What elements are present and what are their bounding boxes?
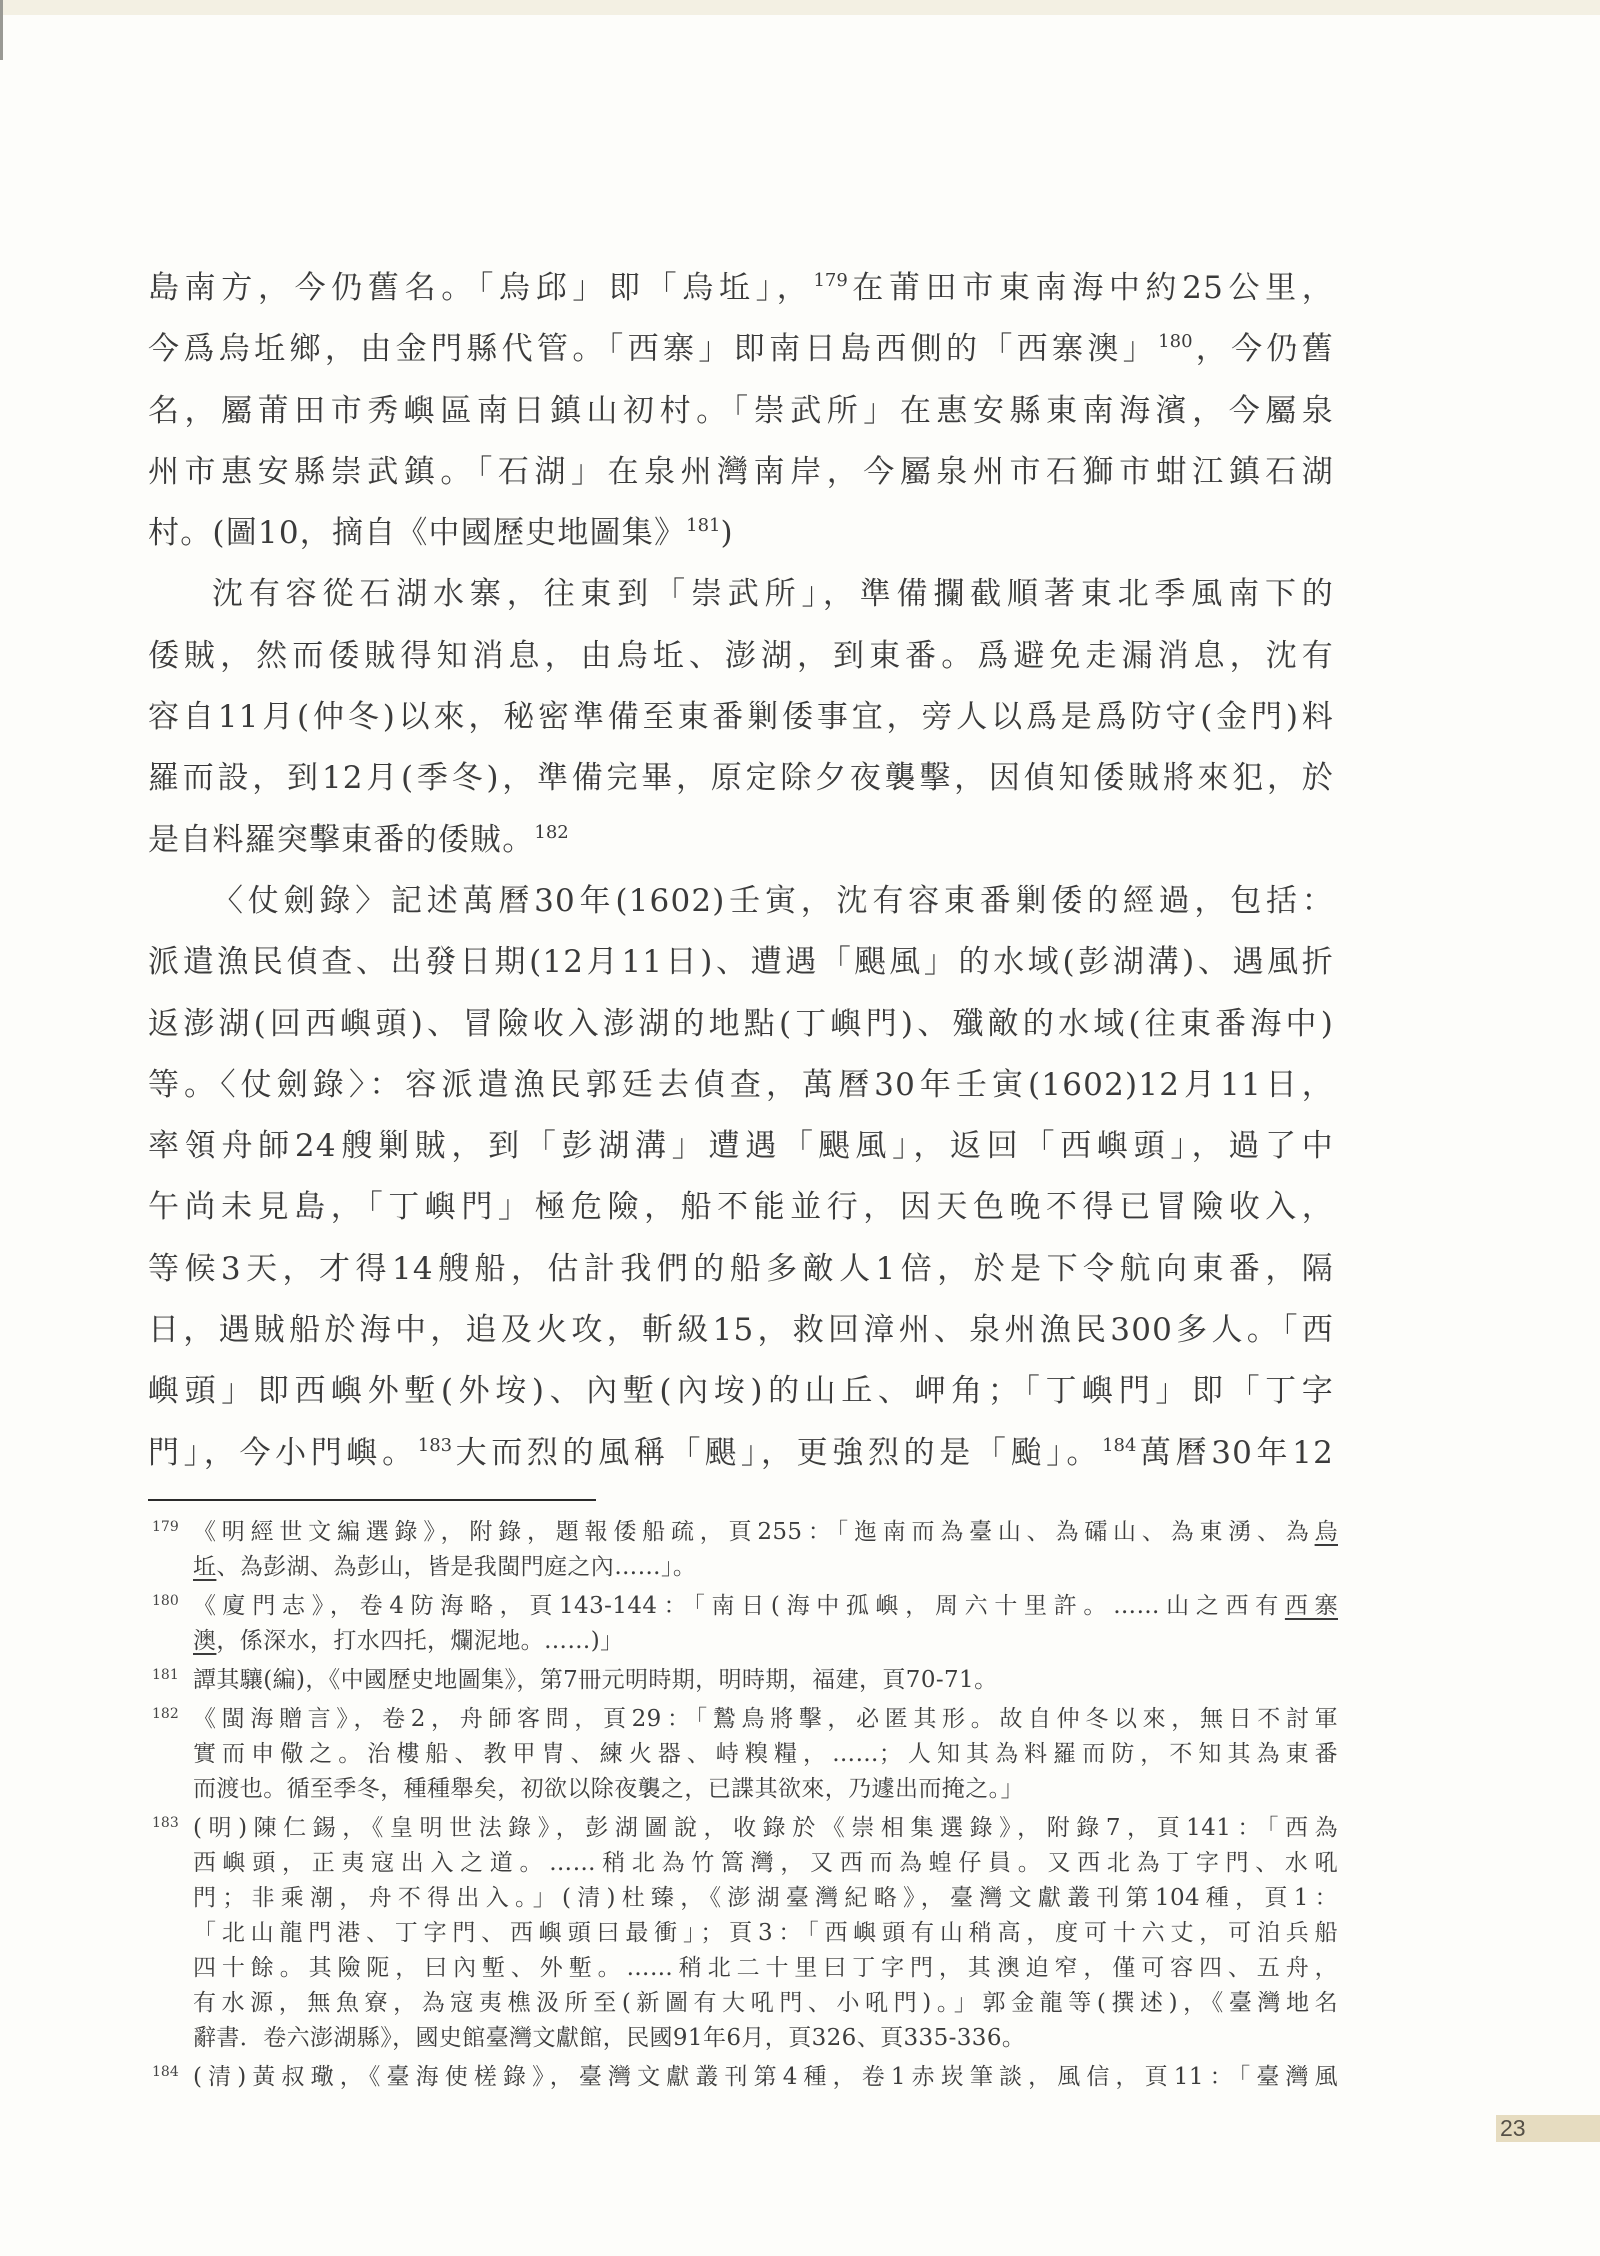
- body-line: 午尚未見島，「丁嶼門」極危險，船不能並行，因天色晚不得已冒險收入，: [148, 1177, 1334, 1238]
- footnote-ref-179[interactable]: 179: [813, 270, 847, 291]
- footnote-line: 辭書．卷六澎湖縣》，國史館臺灣文獻館，民國91年6月，頁326、頁335-336…: [193, 2021, 1338, 2056]
- footnote-line: 《明經世文編選錄》，附錄，題報倭船疏，頁255：「迤南而為臺山、為礵山、為東湧、…: [193, 1515, 1338, 1550]
- body-line: 返澎湖(回西嶼頭)、冒險收入澎湖的地點(丁嶼門)、殲敵的水域(往東番海中): [148, 994, 1334, 1055]
- footnote-line: 坵、為彭湖、為彭山，皆是我閩門庭之內……」。: [193, 1550, 1338, 1585]
- footnote-line: 門；非乘潮，舟不得出入。」(清)杜臻，《澎湖臺灣紀略》，臺灣文獻叢刊第104種，…: [193, 1881, 1338, 1916]
- footnote-ref-182[interactable]: 182: [534, 822, 568, 843]
- footnote-line: 實而申儆之。治樓船、教甲冑、練火器、峙糗糧，……；人知其為料羅而防，不知其為東番: [193, 1737, 1338, 1772]
- footnote-line: (清)黃叔璥，《臺海使槎錄》，臺灣文獻叢刊第4種，卷1赤崁筆談，風信，頁11：「…: [193, 2060, 1338, 2095]
- footnote-number: 181: [152, 1667, 179, 1683]
- text-run: 等。〈仗劍錄〉：容派遣漁民郭廷去偵查，萬曆30年壬寅(1602)12月11日，: [148, 1067, 1334, 1103]
- text-run: 是自料羅突擊東番的倭賊。: [148, 822, 534, 858]
- body-line: 倭賊，然而倭賊得知消息，由烏坵、澎湖，到東番。爲避免走漏消息，沈有: [148, 626, 1334, 687]
- text-run: (明)陳仁錫，《皇明世法錄》，彭湖圖說，收錄於《崇相集選錄》，附錄7，頁141：…: [193, 1815, 1338, 1841]
- body-line: 率領舟師24艘剿賊，到「彭湖溝」遭遇「颶風」，返回「西嶼頭」，過了中: [148, 1116, 1334, 1177]
- body-line: 等。〈仗劍錄〉：容派遣漁民郭廷去偵查，萬曆30年壬寅(1602)12月11日，: [148, 1055, 1334, 1116]
- text-run: 「北山龍門港、丁字門、西嶼頭曰最衝」；頁3：「西嶼頭有山稍高，度可十六丈，可泊兵…: [193, 1920, 1338, 1946]
- text-run: 大而烈的風稱「颶」，更強烈的是「颱」。: [452, 1435, 1102, 1471]
- footnote-184: 184 (清)黃叔璥，《臺海使槎錄》，臺灣文獻叢刊第4種，卷1赤崁筆談，風信，頁…: [148, 2060, 1338, 2095]
- body-text: 島南方，今仍舊名。「烏邱」即「烏坵」，179在莆田市東南海中約25公里， 今爲烏…: [148, 258, 1334, 1484]
- text-run: 西嶼頭，正夷寇出入之道。……稍北為竹篙灣，又西而為蝗仔員。又西北為丁字門、水吼: [193, 1850, 1338, 1876]
- footnote-ref-184[interactable]: 184: [1102, 1435, 1136, 1456]
- footnote-line: 《廈門志》，卷4防海略，頁143-144：「南日(海中孤嶼，周六十里許。……山之…: [193, 1589, 1338, 1624]
- text-run: 門；非乘潮，舟不得出入。」(清)杜臻，《澎湖臺灣紀略》，臺灣文獻叢刊第104種，…: [193, 1885, 1338, 1911]
- text-run: 嶼頭」即西嶼外塹(外垵)、內塹(內垵)的山丘、岬角；「丁嶼門」即「丁字: [148, 1373, 1334, 1409]
- footnote-line: 《閩海贈言》，卷2，舟師客問，頁29：「鷙鳥將擊，必匿其形。故自仲冬以來，無日不…: [193, 1702, 1338, 1737]
- text-run: 《明經世文編選錄》，附錄，題報倭船疏，頁255：「迤南而為臺山、為礵山、為東湧、…: [193, 1519, 1338, 1545]
- scan-edge: [0, 0, 3, 60]
- footnote-line: 而渡也。循至季冬，種種舉矣，初欲以除夜襲之，已諜其欲來，乃遽出而掩之。」: [193, 1772, 1338, 1807]
- text-run: 〈仗劍錄〉記述萬曆30年(1602)壬寅，沈有容東番剿倭的經過，包括：: [212, 883, 1334, 919]
- text-run: 在莆田市東南海中約25公里，: [848, 270, 1334, 306]
- body-line: 門」，今小門嶼。183大而烈的風稱「颶」，更強烈的是「颱」。184萬曆30年12: [148, 1423, 1334, 1484]
- body-line: 島南方，今仍舊名。「烏邱」即「烏坵」，179在莆田市東南海中約25公里，: [148, 258, 1334, 319]
- page-top-band: [0, 0, 1600, 15]
- body-line: 今爲烏坵鄉，由金門縣代管。「西寨」即南日島西側的「西寨澳」180，今仍舊: [148, 319, 1334, 380]
- footnote-number: 184: [152, 2064, 179, 2080]
- body-line: 州市惠安縣崇武鎮。「石湖」在泉州灣南岸，今屬泉州市石獅市蚶江鎮石湖: [148, 442, 1334, 503]
- text-run: 坵、為彭湖、為彭山，皆是我閩門庭之內……」。: [193, 1554, 696, 1580]
- text-run: 返澎湖(回西嶼頭)、冒險收入澎湖的地點(丁嶼門)、殲敵的水域(往東番海中): [148, 1006, 1334, 1042]
- footnote-182: 182 《閩海贈言》，卷2，舟師客問，頁29：「鷙鳥將擊，必匿其形。故自仲冬以來…: [148, 1702, 1338, 1807]
- footnote-line: 有水源，無魚寮，為寇夷樵汲所至(新圖有大吼門、小吼門)。」郭金龍等(撰述)，《臺…: [193, 1986, 1338, 2021]
- page-number: 23: [1500, 2115, 1526, 2142]
- text-run: 實而申儆之。治樓船、教甲冑、練火器、峙糗糧，……；人知其為料羅而防，不知其為東番: [193, 1741, 1338, 1767]
- body-line: 派遣漁民偵查、出發日期(12月11日)、遭遇「颶風」的水域(彭湖溝)、遇風折: [148, 932, 1334, 993]
- text-run: 門」，今小門嶼。: [148, 1435, 418, 1471]
- footnote-ref-183[interactable]: 183: [418, 1435, 452, 1456]
- footnote-line: 「北山龍門港、丁字門、西嶼頭曰最衝」；頁3：「西嶼頭有山稍高，度可十六丈，可泊兵…: [193, 1916, 1338, 1951]
- text-run: 日，遇賊船於海中，追及火攻，斬級15，救回漳州、泉州漁民300多人。「西: [148, 1312, 1334, 1348]
- page-number-badge: 23: [1496, 2115, 1600, 2142]
- footnote-183: 183 (明)陳仁錫，《皇明世法錄》，彭湖圖說，收錄於《崇相集選錄》，附錄7，頁…: [148, 1811, 1338, 2056]
- body-line: 是自料羅突擊東番的倭賊。182: [148, 810, 1334, 871]
- footnote-ref-180[interactable]: 180: [1158, 331, 1192, 352]
- footnote-line: 西嶼頭，正夷寇出入之道。……稍北為竹篙灣，又西而為蝗仔員。又西北為丁字門、水吼: [193, 1846, 1338, 1881]
- text-run: 沈有容從石湖水寨，往東到「崇武所」，準備攔截順著東北季風南下的: [212, 576, 1334, 612]
- footnote-line: (明)陳仁錫，《皇明世法錄》，彭湖圖說，收錄於《崇相集選錄》，附錄7，頁141：…: [193, 1811, 1338, 1846]
- footnote-ref-181[interactable]: 181: [686, 515, 720, 536]
- body-line: 羅而設，到12月(季冬)，準備完畢，原定除夕夜襲擊，因偵知倭賊將來犯，於: [148, 748, 1334, 809]
- paragraph-start: 〈仗劍錄〉記述萬曆30年(1602)壬寅，沈有容東番剿倭的經過，包括：: [148, 871, 1334, 932]
- footnote-number: 180: [152, 1593, 179, 1609]
- text-run: 派遣漁民偵查、出發日期(12月11日)、遭遇「颶風」的水域(彭湖溝)、遇風折: [148, 944, 1334, 980]
- footnote-number: 182: [152, 1706, 179, 1722]
- footnote-line: 澳，係深水，打水四托，爛泥地。……)」: [193, 1624, 1338, 1659]
- text-run: 而渡也。循至季冬，種種舉矣，初欲以除夜襲之，已諜其欲來，乃遽出而掩之。」: [193, 1776, 1024, 1802]
- text-run: 《廈門志》，卷4防海略，頁143-144：「南日(海中孤嶼，周六十里許。……山之…: [193, 1593, 1338, 1619]
- paragraph-start: 沈有容從石湖水寨，往東到「崇武所」，準備攔截順著東北季風南下的: [148, 564, 1334, 625]
- text-run: 村。(圖10，摘自《中國歷史地圖集》: [148, 515, 686, 551]
- underlined-term: 澳: [193, 1628, 216, 1654]
- footnote-179: 179 《明經世文編選錄》，附錄，題報倭船疏，頁255：「迤南而為臺山、為礵山、…: [148, 1515, 1338, 1585]
- text-run: 萬曆30年12: [1136, 1435, 1334, 1471]
- text-run: 四十餘。其險阨，曰內塹、外塹。……稍北二十里曰丁字門，其澳迫窄，僅可容四、五舟，: [193, 1955, 1338, 1981]
- text-run: 今爲烏坵鄉，由金門縣代管。「西寨」即南日島西側的「西寨澳」: [148, 331, 1158, 367]
- underlined-term: 西寨: [1285, 1593, 1338, 1619]
- text-run: 島南方，今仍舊名。「烏邱」即「烏坵」，: [148, 270, 813, 306]
- text-run: ): [721, 515, 734, 551]
- underlined-term: 烏: [1315, 1519, 1338, 1545]
- text-run: 有水源，無魚寮，為寇夷樵汲所至(新圖有大吼門、小吼門)。」郭金龍等(撰述)，《臺…: [193, 1990, 1338, 2016]
- body-line: 等候3天，才得14艘船，估計我們的船多敵人1倍，於是下令航向東番，隔: [148, 1239, 1334, 1300]
- text-run: 等候3天，才得14艘船，估計我們的船多敵人1倍，於是下令航向東番，隔: [148, 1251, 1334, 1287]
- text-run: 辭書．卷六澎湖縣》，國史館臺灣文獻館，民國91年6月，頁326、頁335-336…: [193, 2025, 1025, 2051]
- body-line: 容自11月(仲冬)以來，秘密準備至東番剿倭事宜，旁人以爲是爲防守(金門)料: [148, 687, 1334, 748]
- text-run: ，今仍舊: [1193, 331, 1334, 367]
- body-line: 村。(圖10，摘自《中國歷史地圖集》181): [148, 503, 1334, 564]
- footnote-180: 180 《廈門志》，卷4防海略，頁143-144：「南日(海中孤嶼，周六十里許。…: [148, 1589, 1338, 1659]
- text-run: 譚其驤(編)，《中國歷史地圖集》，第7冊元明時期，明時期，福建，頁70-71。: [193, 1667, 997, 1693]
- footnote-line: 譚其驤(編)，《中國歷史地圖集》，第7冊元明時期，明時期，福建，頁70-71。: [193, 1663, 1338, 1698]
- body-line: 嶼頭」即西嶼外塹(外垵)、內塹(內垵)的山丘、岬角；「丁嶼門」即「丁字: [148, 1361, 1334, 1422]
- footnote-181: 181 譚其驤(編)，《中國歷史地圖集》，第7冊元明時期，明時期，福建，頁70-…: [148, 1663, 1338, 1698]
- text-run: (清)黃叔璥，《臺海使槎錄》，臺灣文獻叢刊第4種，卷1赤崁筆談，風信，頁11：「…: [193, 2064, 1338, 2090]
- footnote-number: 183: [152, 1815, 179, 1831]
- text-run: 州市惠安縣崇武鎮。「石湖」在泉州灣南岸，今屬泉州市石獅市蚶江鎮石湖: [148, 454, 1334, 490]
- body-line: 名，屬莆田市秀嶼區南日鎮山初村。「崇武所」在惠安縣東南海濱，今屬泉: [148, 381, 1334, 442]
- text-run: 午尚未見島，「丁嶼門」極危險，船不能並行，因天色晚不得已冒險收入，: [148, 1189, 1334, 1225]
- text-run: 容自11月(仲冬)以來，秘密準備至東番剿倭事宜，旁人以爲是爲防守(金門)料: [148, 699, 1334, 735]
- footnote-separator: [148, 1499, 596, 1501]
- text-run: 《閩海贈言》，卷2，舟師客問，頁29：「鷙鳥將擊，必匿其形。故自仲冬以來，無日不…: [193, 1706, 1338, 1732]
- text-run: 率領舟師24艘剿賊，到「彭湖溝」遭遇「颶風」，返回「西嶼頭」，過了中: [148, 1128, 1334, 1164]
- body-line: 日，遇賊船於海中，追及火攻，斬級15，救回漳州、泉州漁民300多人。「西: [148, 1300, 1334, 1361]
- text-run: 名，屬莆田市秀嶼區南日鎮山初村。「崇武所」在惠安縣東南海濱，今屬泉: [148, 393, 1334, 429]
- footnote-number: 179: [152, 1519, 179, 1535]
- footnotes: 179 《明經世文編選錄》，附錄，題報倭船疏，頁255：「迤南而為臺山、為礵山、…: [148, 1515, 1338, 2099]
- footnote-line: 四十餘。其險阨，曰內塹、外塹。……稍北二十里曰丁字門，其澳迫窄，僅可容四、五舟，: [193, 1951, 1338, 1986]
- underlined-term: 坵: [193, 1554, 216, 1580]
- text-run: 羅而設，到12月(季冬)，準備完畢，原定除夕夜襲擊，因偵知倭賊將來犯，於: [148, 760, 1334, 796]
- text-run: 澳，係深水，打水四托，爛泥地。……)」: [193, 1628, 624, 1654]
- text-run: 倭賊，然而倭賊得知消息，由烏坵、澎湖，到東番。爲避免走漏消息，沈有: [148, 638, 1334, 674]
